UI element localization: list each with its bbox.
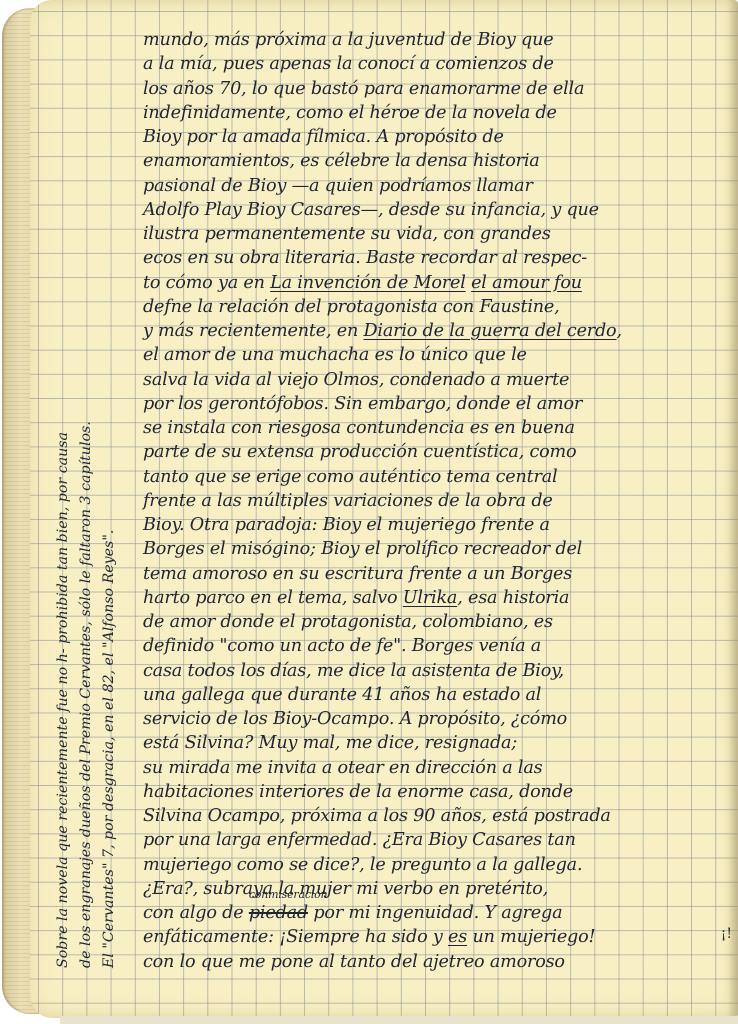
text-line: enamoramientos, es célebre la densa hist…	[143, 149, 723, 173]
text-line: definido "como un acto de fe". Borges ve…	[143, 634, 723, 658]
handwritten-body-text: mundo, más próxima a la juventud de Bioy…	[143, 28, 723, 974]
margin-note-line: de los engranajes dueños del Premio Cerv…	[75, 118, 98, 968]
text-line: ¿Era?, subraya la mujer mi verbo en pret…	[143, 877, 723, 901]
text-line: con algo de conmiseración piedad por mi …	[143, 901, 723, 925]
text-line: con lo que me pone al tanto del ajetreo …	[143, 950, 723, 974]
text-line: pasional de Bioy —a quien podríamos llam…	[143, 174, 723, 198]
text-line: está Silvina? Muy mal, me dice, resignad…	[143, 731, 723, 755]
text-line: una gallega que durante 41 años ha estad…	[143, 683, 723, 707]
text-line: Adolfo Play Bioy Casares—, desde su infa…	[143, 198, 723, 222]
vertical-margin-note: Sobre la novela que recientemente fue no…	[52, 118, 136, 968]
text-line: el amor de una muchacha es lo único que …	[143, 343, 723, 367]
text-segment: to cómo ya en	[143, 273, 265, 293]
text-line: ecos en su obra literaria. Baste recorda…	[143, 246, 723, 270]
text-line: tema amoroso en su escritura frente a un…	[143, 562, 723, 586]
text-line: de amor donde el protagonista, colombian…	[143, 610, 723, 634]
text-line: indefinidamente, como el héroe de la nov…	[143, 101, 723, 125]
page-bottom-edge	[60, 1016, 738, 1024]
underlined-title: La invención de Morel	[270, 273, 466, 293]
text-line: defne la relación del protagonista con F…	[143, 295, 723, 319]
text-line: habitaciones interiores de la enorme cas…	[143, 780, 723, 804]
text-segment: harto parco en el tema, salvo	[143, 588, 397, 608]
margin-note-line: El "Cervantes" 7, por desgracia, en el 8…	[98, 118, 121, 968]
text-line: Bioy. Otra paradoja: Bioy el mujeriego f…	[143, 513, 723, 537]
text-line: salva la vida al viejo Olmos, condenado …	[143, 368, 723, 392]
underlined-word: es	[448, 927, 467, 947]
text-line: por una larga enfermedad. ¿Era Bioy Casa…	[143, 828, 723, 852]
notebook: mundo, más próxima a la juventud de Bioy…	[0, 0, 738, 1024]
text-line: tanto que se erige como auténtico tema c…	[143, 465, 723, 489]
correction: conmiseración piedad	[249, 903, 314, 923]
text-segment: por mi ingenuidad. Y agrega	[313, 903, 562, 923]
text-line: ilustra permanentemente su vida, con gra…	[143, 222, 723, 246]
margin-note-line: Sobre la novela que recientemente fue no…	[52, 118, 75, 968]
text-line: servicio de los Bioy-Ocampo. A propósito…	[143, 707, 723, 731]
text-segment: con algo de	[143, 903, 243, 923]
inserted-word: conmiseración	[249, 889, 328, 901]
text-line: por los gerontófobos. Sin embargo, donde…	[143, 392, 723, 416]
text-line: to cómo ya en La invención de Morel el a…	[143, 271, 723, 295]
text-line: Bioy por la amada fílmica. A propósito d…	[143, 125, 723, 149]
text-line: parte de su extensa producción cuentísti…	[143, 440, 723, 464]
text-segment: y más recientemente, en	[143, 321, 358, 341]
text-line: frente a las múltiples variaciones de la…	[143, 489, 723, 513]
text-line: se instala con riesgosa contundencia es …	[143, 416, 723, 440]
underlined-title: Diario de la guerra del cerdo	[364, 321, 617, 341]
text-line: a la mía, pues apenas la conocí a comien…	[143, 52, 723, 76]
margin-exclamation-mark: ¡!	[721, 928, 732, 940]
text-segment: , esa historia	[457, 588, 569, 608]
text-line: casa todos los días, me dice la asistent…	[143, 659, 723, 683]
text-line: mujeriego como se dice?, le pregunto a l…	[143, 853, 723, 877]
text-segment: enfáticamente: ¡Siempre ha sido y	[143, 927, 443, 947]
underlined-phrase: el amour fou	[471, 273, 582, 293]
text-line: y más recientemente, en Diario de la gue…	[143, 319, 723, 343]
text-line: Silvina Ocampo, próxima a los 90 años, e…	[143, 804, 723, 828]
text-segment: ,	[616, 321, 621, 341]
underlined-title: Ulrika	[403, 588, 457, 608]
text-line: mundo, más próxima a la juventud de Bioy…	[143, 28, 723, 52]
text-line: su mirada me invita a otear en dirección…	[143, 756, 723, 780]
text-line: enfáticamente: ¡Siempre ha sido y es un …	[143, 925, 723, 949]
struck-word: piedad	[249, 903, 308, 923]
text-segment: un mujeriego!	[467, 927, 595, 947]
text-line: Borges el misógino; Bioy el prolífico re…	[143, 537, 723, 561]
page-right-edge	[728, 0, 738, 1018]
text-line: harto parco en el tema, salvo Ulrika, es…	[143, 586, 723, 610]
text-line: los años 70, lo que bastó para enamorarm…	[143, 77, 723, 101]
